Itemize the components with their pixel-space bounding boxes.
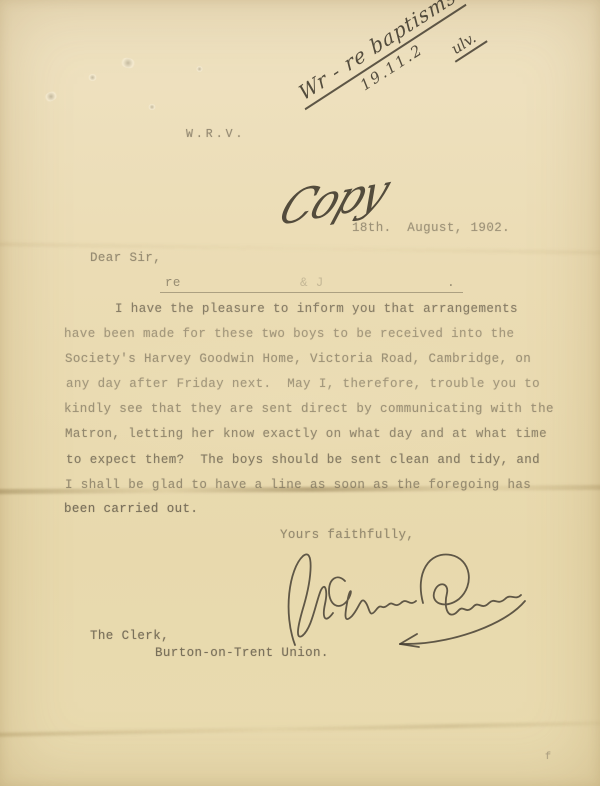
body-line: I have the pleasure to inform you that a…	[115, 302, 518, 316]
salutation: Dear Sir,	[90, 251, 161, 265]
emboss-mark	[148, 104, 156, 110]
emboss-mark	[43, 89, 59, 103]
body-line: Society's Harvey Goodwin Home, Victoria …	[65, 352, 531, 366]
signature-handwriting	[253, 543, 543, 661]
body-line: I shall be glad to have a line as soon a…	[65, 478, 531, 492]
emboss-mark	[88, 74, 97, 81]
emboss-mark	[119, 56, 137, 70]
subject-names-faded: & J	[300, 276, 324, 290]
reference-code: W.R.V.	[186, 128, 245, 141]
annotation-subject: Wr - re baptisms	[294, 0, 467, 110]
subject-re: re	[165, 276, 181, 290]
letter-date: 18th. August, 1902.	[352, 221, 510, 235]
recipient-org: Burton-on-Trent Union.	[155, 646, 329, 660]
handwritten-filing-annotation: Wr - re baptisms 19.11.2 ulv.	[292, 0, 527, 144]
faded-ink-patch	[30, 330, 570, 470]
recipient-title: The Clerk,	[90, 629, 169, 643]
closing: Yours faithfully,	[280, 528, 414, 542]
body-line: to expect them? The boys should be sent …	[66, 453, 540, 467]
subject-period: .	[447, 276, 455, 290]
body-line: kindly see that they are sent direct by …	[64, 402, 554, 416]
body-line: Matron, letting her know exactly on what…	[65, 427, 547, 441]
body-line: any day after Friday next. May I, theref…	[66, 377, 540, 391]
emboss-mark	[196, 66, 203, 72]
body-line: been carried out.	[64, 502, 198, 516]
pencil-mark: f	[545, 752, 551, 763]
body-line: have been made for these two boys to be …	[64, 327, 514, 341]
letter-page: Wr - re baptisms 19.11.2 ulv. W.R.V. Cop…	[0, 0, 600, 786]
paper-crease-bottom	[0, 721, 600, 737]
subject-line: re & J .	[160, 275, 463, 293]
